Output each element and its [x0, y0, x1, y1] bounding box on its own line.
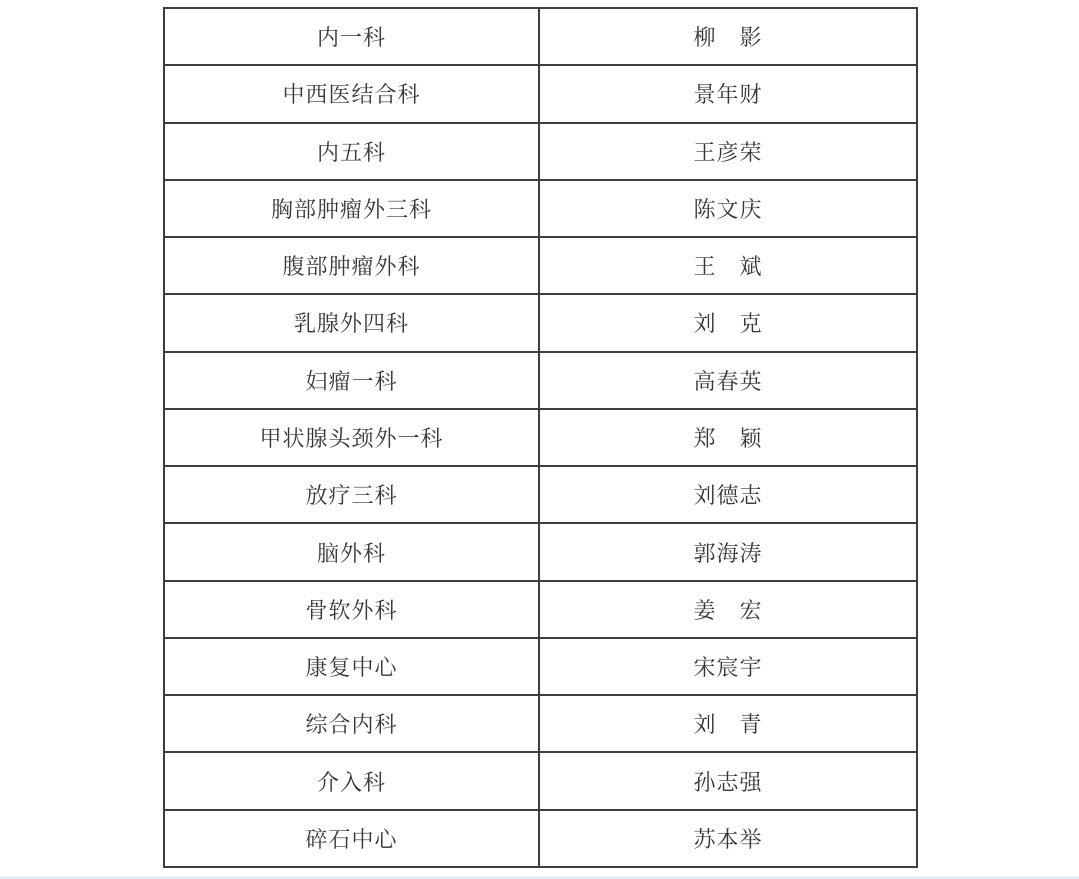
name-cell: 刘 青 — [539, 695, 917, 752]
page: 内一科柳 影中西医结合科景年财内五科王彦荣胸部肿瘤外三科陈文庆腹部肿瘤外科王 斌… — [0, 0, 1079, 879]
department-cell: 放疗三科 — [164, 466, 539, 523]
table-row: 内五科王彦荣 — [164, 123, 917, 180]
name-cell: 姜 宏 — [539, 581, 917, 638]
department-cell: 甲状腺头颈外一科 — [164, 409, 539, 466]
table-body: 内一科柳 影中西医结合科景年财内五科王彦荣胸部肿瘤外三科陈文庆腹部肿瘤外科王 斌… — [164, 8, 917, 867]
table-row: 康复中心宋宸宇 — [164, 638, 917, 695]
table-row: 中西医结合科景年财 — [164, 65, 917, 122]
name-cell: 苏本举 — [539, 810, 917, 867]
department-cell: 综合内科 — [164, 695, 539, 752]
name-cell: 郭海涛 — [539, 523, 917, 580]
table-row: 综合内科刘 青 — [164, 695, 917, 752]
table-row: 妇瘤一科高春英 — [164, 352, 917, 409]
table-row: 介入科孙志强 — [164, 752, 917, 809]
department-cell: 内五科 — [164, 123, 539, 180]
department-cell: 胸部肿瘤外三科 — [164, 180, 539, 237]
department-director-table: 内一科柳 影中西医结合科景年财内五科王彦荣胸部肿瘤外三科陈文庆腹部肿瘤外科王 斌… — [163, 7, 918, 868]
department-cell: 碎石中心 — [164, 810, 539, 867]
table-row: 乳腺外四科刘 克 — [164, 294, 917, 351]
table-row: 碎石中心苏本举 — [164, 810, 917, 867]
table-row: 腹部肿瘤外科王 斌 — [164, 237, 917, 294]
name-cell: 王彦荣 — [539, 123, 917, 180]
name-cell: 高春英 — [539, 352, 917, 409]
table-row: 胸部肿瘤外三科陈文庆 — [164, 180, 917, 237]
name-cell: 郑 颖 — [539, 409, 917, 466]
department-cell: 内一科 — [164, 8, 539, 65]
department-cell: 腹部肿瘤外科 — [164, 237, 539, 294]
name-cell: 刘 克 — [539, 294, 917, 351]
name-cell: 柳 影 — [539, 8, 917, 65]
table-row: 放疗三科刘德志 — [164, 466, 917, 523]
department-cell: 脑外科 — [164, 523, 539, 580]
table-row: 甲状腺头颈外一科郑 颖 — [164, 409, 917, 466]
name-cell: 景年财 — [539, 65, 917, 122]
name-cell: 陈文庆 — [539, 180, 917, 237]
department-cell: 骨软外科 — [164, 581, 539, 638]
name-cell: 宋宸宇 — [539, 638, 917, 695]
table-row: 内一科柳 影 — [164, 8, 917, 65]
table-row: 脑外科郭海涛 — [164, 523, 917, 580]
department-cell: 乳腺外四科 — [164, 294, 539, 351]
department-cell: 介入科 — [164, 752, 539, 809]
table-row: 骨软外科姜 宏 — [164, 581, 917, 638]
department-cell: 康复中心 — [164, 638, 539, 695]
name-cell: 王 斌 — [539, 237, 917, 294]
name-cell: 刘德志 — [539, 466, 917, 523]
department-cell: 中西医结合科 — [164, 65, 539, 122]
name-cell: 孙志强 — [539, 752, 917, 809]
department-cell: 妇瘤一科 — [164, 352, 539, 409]
